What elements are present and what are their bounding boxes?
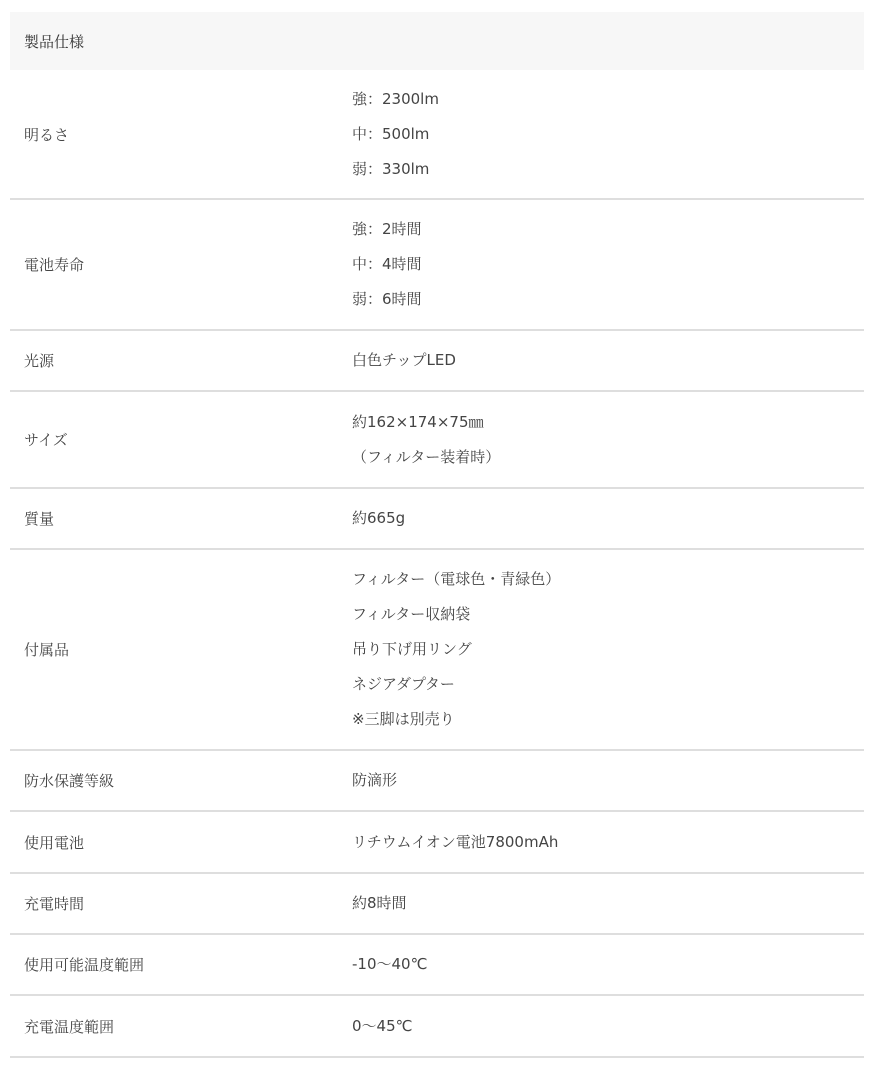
spec-value-line: -10〜40℃ (352, 947, 864, 982)
spec-value-line: 強：2時間 (352, 212, 864, 247)
spec-value-line: ネジアダプター (352, 667, 864, 702)
spec-value-line: フィルター（電球色・青緑色） (352, 562, 864, 597)
table-row: 使用電池リチウムイオン電池7800mAh (10, 811, 864, 873)
spec-label: サイズ (10, 391, 352, 488)
spec-value-line: 弱：330lm (352, 152, 864, 187)
spec-label: 付属品 (10, 549, 352, 750)
spec-label: 充電温度範囲 (10, 995, 352, 1057)
spec-value-line: 0〜45℃ (352, 1009, 864, 1044)
product-spec-table: 製品仕様 明るさ強：2300lm中：500lm弱：330lm電池寿命強：2時間中… (10, 12, 864, 1058)
spec-value: 0〜45℃ (352, 995, 864, 1057)
table-row: 付属品フィルター（電球色・青緑色）フィルター収納袋吊り下げ用リングネジアダプター… (10, 549, 864, 750)
spec-value-line: ※三脚は別売り (352, 702, 864, 737)
spec-label: 明るさ (10, 70, 352, 199)
spec-value: 強：2300lm中：500lm弱：330lm (352, 70, 864, 199)
spec-value: リチウムイオン電池7800mAh (352, 811, 864, 873)
spec-value-line: 白色チップLED (352, 343, 864, 378)
spec-value-line: 弱：6時間 (352, 282, 864, 317)
table-header-row: 製品仕様 (10, 12, 864, 70)
spec-value-line: （フィルター装着時） (352, 440, 864, 475)
spec-value-line: フィルター収納袋 (352, 597, 864, 632)
spec-label: 充電時間 (10, 873, 352, 934)
spec-label: 使用可能温度範囲 (10, 934, 352, 995)
table-row: 使用可能温度範囲-10〜40℃ (10, 934, 864, 995)
spec-value-line: 強：2300lm (352, 82, 864, 117)
spec-value-line: 吊り下げ用リング (352, 632, 864, 667)
spec-label: 光源 (10, 330, 352, 391)
table-row: 防水保護等級防滴形 (10, 750, 864, 811)
spec-label: 電池寿命 (10, 199, 352, 330)
spec-value: -10〜40℃ (352, 934, 864, 995)
table-row: 充電温度範囲0〜45℃ (10, 995, 864, 1057)
spec-value-line: 約665g (352, 501, 864, 536)
table-row: 充電時間約8時間 (10, 873, 864, 934)
spec-value-line: 防滴形 (352, 763, 864, 798)
spec-value-line: 約162×174×75㎜ (352, 405, 864, 440)
table-title: 製品仕様 (10, 12, 864, 70)
spec-value: 白色チップLED (352, 330, 864, 391)
spec-value-line: 中：500lm (352, 117, 864, 152)
spec-label: 使用電池 (10, 811, 352, 873)
table-row: 電池寿命強：2時間中：4時間弱：6時間 (10, 199, 864, 330)
spec-value: 約665g (352, 488, 864, 549)
spec-value: 約8時間 (352, 873, 864, 934)
table-row: 明るさ強：2300lm中：500lm弱：330lm (10, 70, 864, 199)
spec-value: 強：2時間中：4時間弱：6時間 (352, 199, 864, 330)
spec-value: 約162×174×75㎜（フィルター装着時） (352, 391, 864, 488)
table-row: 質量約665g (10, 488, 864, 549)
spec-value: フィルター（電球色・青緑色）フィルター収納袋吊り下げ用リングネジアダプター※三脚… (352, 549, 864, 750)
table-row: サイズ約162×174×75㎜（フィルター装着時） (10, 391, 864, 488)
spec-value: 防滴形 (352, 750, 864, 811)
spec-value-line: 約8時間 (352, 886, 864, 921)
spec-label: 防水保護等級 (10, 750, 352, 811)
spec-value-line: リチウムイオン電池7800mAh (352, 825, 864, 860)
spec-value-line: 中：4時間 (352, 247, 864, 282)
spec-label: 質量 (10, 488, 352, 549)
table-row: 光源白色チップLED (10, 330, 864, 391)
